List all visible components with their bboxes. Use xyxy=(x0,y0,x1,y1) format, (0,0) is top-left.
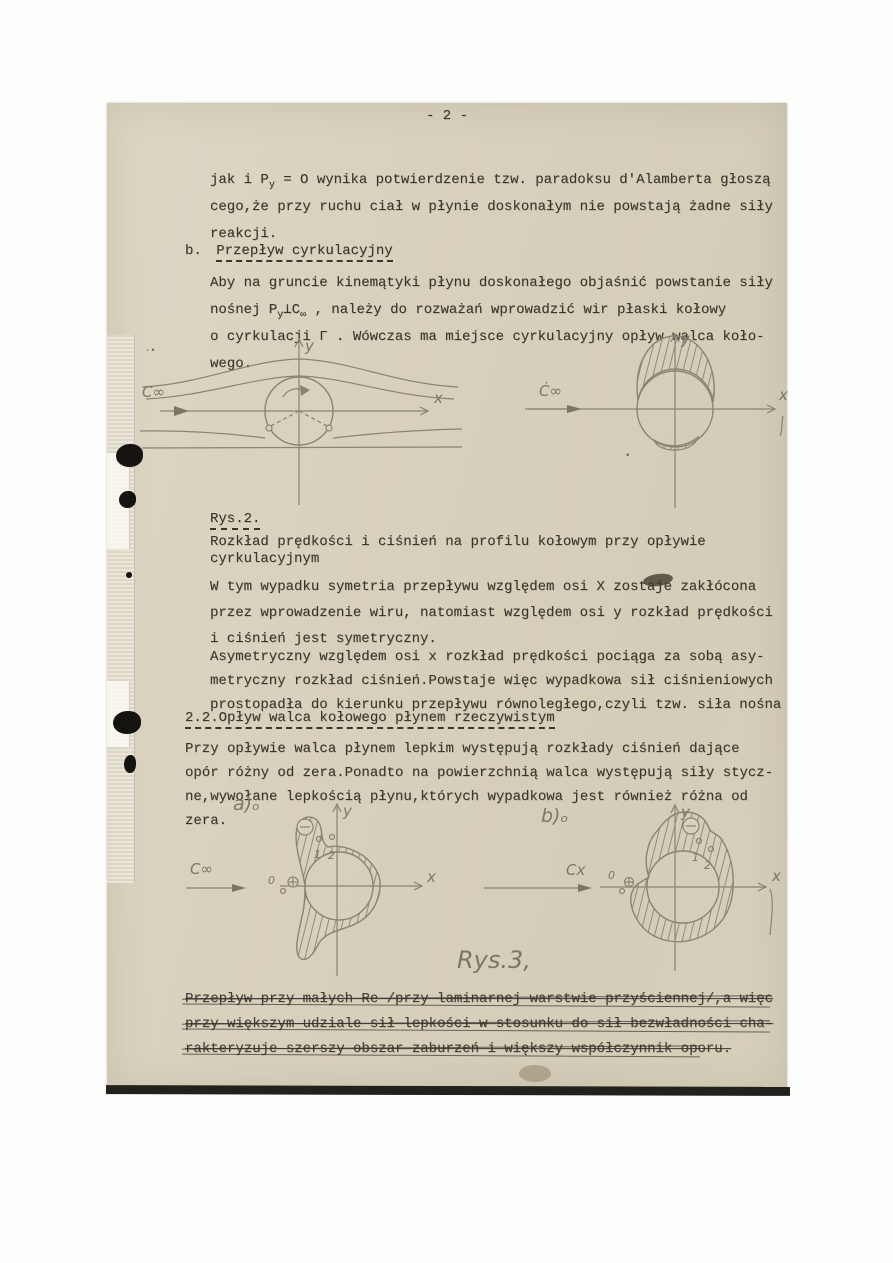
flow-arrow-icon xyxy=(174,406,189,416)
punch-hole-dot xyxy=(126,572,132,578)
asymmetry-paragraph: Asymetryczny względem osi x rozkład pręd… xyxy=(210,645,781,717)
y-axis-label: y xyxy=(680,803,691,821)
section-b-heading: b. Przepływ cyrkulacyjny xyxy=(185,243,393,259)
one-label: 1 xyxy=(314,848,321,861)
binding-tape-strip xyxy=(107,335,135,883)
section-22-heading: 2.2.Opływ walca kołowego płynem rzeczywi… xyxy=(185,710,555,726)
dirt-smudge xyxy=(519,1065,551,1082)
velocity-label: C∞ xyxy=(190,860,213,878)
one-label: 1 xyxy=(692,851,699,864)
fig3-caption: Rys.3, xyxy=(457,946,531,974)
stagnation-mark xyxy=(281,889,286,894)
stagnation-point-2 xyxy=(326,425,332,431)
para-visc-line-1: Przy opływie walca płynem lepkim występu… xyxy=(185,737,773,761)
para-b-line-2: nośnej Py⊥C∞ , należy do rozważań wprowa… xyxy=(210,297,773,324)
velocity-label: Ċ∞ xyxy=(539,381,562,400)
edge-pencil-bracket xyxy=(770,889,772,935)
pressure-envelope xyxy=(296,817,380,959)
intro-paragraph: jak i Py = O wynika potwierdzenie tzw. p… xyxy=(210,167,773,248)
circulation-arrow-icon xyxy=(300,385,310,396)
para-asym-line-1: Asymetryczny względem osi x rozkład pręd… xyxy=(210,645,781,669)
y-axis-label: y xyxy=(342,802,353,820)
section-b-label: b. xyxy=(185,243,202,259)
x-axis-label: x xyxy=(778,386,788,404)
punch-hole-blot-4 xyxy=(124,755,136,773)
streamline-lower xyxy=(140,429,462,438)
figure-rys3-a: C∞ x y 0 1 2 xyxy=(182,800,492,980)
para-asym-line-2: metryczny rozkład ciśnień.Powstaje więc … xyxy=(210,669,781,693)
circulation-arc xyxy=(283,389,303,397)
scanned-page-background: { "page": { "number": "- 2 -" }, "intro"… xyxy=(0,0,893,1263)
section-b-title: Przepływ cyrkulacyjny xyxy=(216,243,392,262)
struck-line-2: przy większym udziale sił lepkości w sto… xyxy=(185,1012,773,1037)
y-axis-label: y xyxy=(680,330,691,348)
streamline-bottom xyxy=(142,447,462,448)
velocity-label: C∞ xyxy=(142,383,165,401)
section-22-title: 2.2.Opływ walca kołowego płynem rzeczywi… xyxy=(185,710,555,729)
symmetry-paragraph: W tym wypadku symetria przepływu względe… xyxy=(210,574,773,652)
flow-arrow-icon xyxy=(567,405,582,413)
pressure-envelope xyxy=(631,812,733,942)
velocity-label: Cx xyxy=(566,861,585,879)
struck-line-1: Przepływ przy małych Re /przy laminarnej… xyxy=(185,987,773,1012)
point-2-mark xyxy=(330,835,335,840)
struck-line-3: rakteryzuje szerszy obszar zaburzeń i wi… xyxy=(185,1037,703,1062)
two-label: 2 xyxy=(328,849,335,862)
struck-paragraph: Przepływ przy małych Re /przy laminarnej… xyxy=(185,987,773,1062)
fig2-caption-label: Rys.2. xyxy=(210,511,260,530)
paper-sheet: ·• • - 2 - jak i Py = O wynika potwierdz… xyxy=(107,103,787,1092)
fig2-caption-line-1: Rozkład prędkości i ciśnień na profilu k… xyxy=(210,534,706,551)
streamline-top xyxy=(142,359,458,387)
fig2-caption: Rys.2. xyxy=(210,511,260,527)
x-axis-label: x xyxy=(771,867,781,885)
para-b-line-1: Aby na gruncie kinemątyki płynu doskonał… xyxy=(210,270,773,297)
punch-hole-blot-3 xyxy=(113,711,141,734)
fig2-caption-line-2: cyrkulacyjnym xyxy=(210,551,706,568)
zero-label: 0 xyxy=(608,869,615,882)
stagnation-mark xyxy=(620,889,625,894)
para-sym-line-2: przez wprowadzenie wiru, natomiast wzglę… xyxy=(210,600,773,626)
page-number: - 2 - xyxy=(107,108,787,124)
two-label: 2 xyxy=(704,859,711,872)
flow-arrow-icon xyxy=(232,884,246,892)
x-axis-label: x xyxy=(433,389,443,407)
edge-pencil-mark xyxy=(780,416,783,436)
pressure-envelope-top xyxy=(637,336,714,402)
zero-label: 0 xyxy=(268,874,275,887)
stagnation-point-1 xyxy=(266,425,272,431)
figure-rys2-streamlines: C∞ x y xyxy=(132,333,472,538)
page-number-text: - 2 - xyxy=(426,108,468,124)
x-axis-label: x xyxy=(426,868,436,886)
para-sym-line-1: W tym wypadku symetria przepływu względe… xyxy=(210,574,773,600)
fig2-caption-text: Rozkład prędkości i ciśnień na profilu k… xyxy=(210,534,706,568)
intro-line-2: cego,że przy ruchu ciał w płynie doskona… xyxy=(210,194,773,221)
flow-arrow-icon xyxy=(578,884,592,892)
para-visc-line-2: opór różny od zera.Ponadto na powierzchn… xyxy=(185,761,773,785)
intro-line-1: jak i Py = O wynika potwierdzenie tzw. p… xyxy=(210,167,773,194)
y-axis-label: y xyxy=(304,337,315,355)
figure-rys2-pressure: Ċ∞ x y xyxy=(517,328,789,533)
